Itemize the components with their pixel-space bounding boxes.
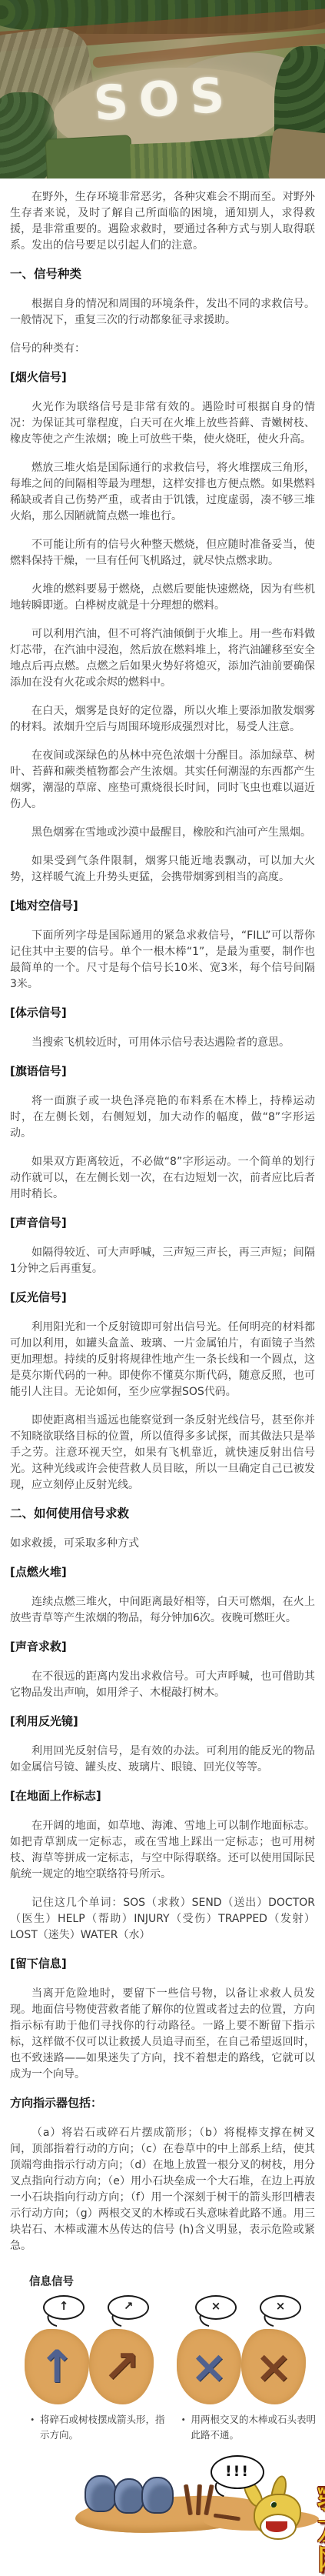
paragraph: 火堆的燃料要易于燃烧，点燃后要能快速燃烧，因为有些机地转瞬即逝。白桦树皮就是十分… — [10, 582, 315, 614]
paragraph: 当搜索飞机较近时，可用体示信号表达遇险者的意思。 — [10, 1035, 315, 1051]
stone-icon — [141, 2477, 174, 2514]
photo-crop-patch — [130, 142, 193, 179]
paragraph: 如果受到气条件限制，烟雾只能近地表飘动，可以加大火势，这样暖气流上升势头更猛，会… — [10, 853, 315, 886]
paragraph: 在野外，生存环境非常恶劣，各种灾难会不期而至。对野外生存者来说，及时了解自己所面… — [10, 189, 315, 254]
sos-ground-signal-text: SOS — [92, 66, 237, 132]
paragraph: 在夜间或深绿色的丛林中亮色浓烟十分醒目。添加绿草、树叶、苔藓和蕨类植物都会产生浓… — [10, 748, 315, 813]
paragraph: 如求救援，可采取多种方式 — [10, 1536, 315, 1552]
section-heading: [地对空信号] — [10, 898, 315, 914]
paragraph: 将一面旗子或一块色泽亮艳的布料系在木棒上，持棒运动时，在左侧长划，右侧短划，加大… — [10, 1093, 315, 1142]
section-heading: [留下信息] — [10, 1956, 315, 1972]
paragraph: 当离开危险地时，要留下一些信号物，以备让求救人员发现。地面信号物使营救者能了解你… — [10, 1986, 315, 2083]
paragraph: 利用阳光和一个反射镜即可射出信号光。任何明亮的材料都可加以利用，如罐头盒盖、玻璃… — [10, 1320, 315, 1400]
figure-title: 信息信号 — [29, 2273, 317, 2289]
speech-bubble: × — [260, 2295, 301, 2320]
danger-signal-scene: !!! 驴友网 www.wglburya.cn — [8, 2451, 317, 2557]
stones-glyph: × — [191, 2344, 228, 2389]
photo-crop-patch — [268, 128, 325, 179]
paragraph: 连续点燃三堆火，中间距离最好相等，白天可燃烟，在火上放些青草等产生浓烟的物品，每… — [10, 1594, 315, 1627]
section-heading: [体示信号] — [10, 1005, 315, 1021]
paragraph: 下面所列字母是国际通用的紧急求救信号，“FILL”可以帮你记住其中主要的信号。单… — [10, 928, 315, 993]
figure-captions: • 将碎石或树枝摆成箭头形，指示方向。 • 用两根交叉的木棒或石头表明此路不通。 — [31, 2412, 317, 2443]
section-heading: 一、信号种类 — [10, 266, 315, 282]
paragraph: 燃放三堆火焰是国际通行的求救信号，将火堆摆成三角形，每堆之间的间隔相等最为理想，… — [10, 460, 315, 525]
article-body: 在野外，生存环境非常恶劣，各种灾难会不期而至。对野外生存者来说，及时了解自己所面… — [0, 179, 325, 2254]
ground-patch: × — [241, 2329, 306, 2404]
paragraph: 在白天，烟雾是良好的定位器，所以火堆上要添加散发烟雾的材料。浓烟升空后与周围环境… — [10, 703, 315, 736]
stone-icon — [85, 2475, 117, 2512]
sticks-glyph: × — [255, 2344, 293, 2389]
photo-crop-patch — [45, 135, 133, 179]
caption-cross: • 用两根交叉的木棒或石头表明此路不通。 — [182, 2412, 318, 2443]
signal-illustration-row: ↑↑↗↗×××× — [25, 2295, 317, 2404]
bullet-icon: • — [182, 2412, 185, 2428]
section-heading: 二、如何使用信号求救 — [10, 1506, 315, 1522]
paragraph: 火光作为联络信号是非常有效的。遇险时可根据自身的情况：为保证其可靠程度，白天可在… — [10, 399, 315, 448]
paragraph: 在不很远的距离内发出求救信号。可大声呼喊，也可借助其它物品发出声响，如用斧子、木… — [10, 1669, 315, 1701]
ground-patch: ↗ — [89, 2329, 154, 2404]
paragraph: 即使距离相当遥远也能察觉到一条反射光线信号，甚至你并不知晓欲联络目标的位置，所以… — [10, 1413, 315, 1493]
donkey-tongue — [266, 2521, 287, 2532]
paragraph: 如隔得较近、可大声呼喊，三声短三声长，再三声短；间隔1分钟之后再重复。 — [10, 1245, 315, 1277]
section-heading: [烟火信号] — [10, 369, 315, 385]
watermark-url: www.wglburya.cn — [317, 2484, 325, 2497]
paragraph: 利用回光反射信号，是有效的办法。可利用的能反光的物品如金属信号镜、罐头皮、玻璃片… — [10, 1743, 315, 1776]
ground-patch: ↑ — [25, 2329, 89, 2404]
bullet-icon: • — [31, 2412, 34, 2428]
section-heading: [利用反光镜] — [10, 1713, 315, 1730]
section-heading: 方向指示器包括： — [10, 2095, 315, 2111]
speech-bubble: ↑ — [43, 2295, 85, 2320]
sticks-glyph: ↗ — [103, 2344, 141, 2389]
paragraph: 在开阔的地面，如草地、海滩、雪地上可以制作地面标志。如把青草割成一定标志，或在雪… — [10, 1818, 315, 1883]
ground-patch: × — [177, 2329, 241, 2404]
watermark-brand: 驴友网 — [317, 2484, 325, 2576]
stones-arrow-signal: ↑↑ — [25, 2295, 89, 2404]
paragraph: 黑色烟雾在雪地或沙漠中最醒目，橡胶和汽油可产生黑烟。 — [10, 825, 315, 841]
paragraph: 根据自身的情况和周围的环境条件，发出不同的求救信号。一般情况下，重复三次的行动都… — [10, 296, 315, 329]
section-heading: [在地面上作标志] — [10, 1788, 315, 1804]
section-heading: [点燃火堆] — [10, 1564, 315, 1580]
paragraph: 可以利用汽油，但不可将汽油倾倒于火堆上。用一些布料做灯芯带，在汽油中浸泡，然后放… — [10, 626, 315, 691]
section-heading: [反光信号] — [10, 1290, 315, 1306]
section-heading: [旗语信号] — [10, 1063, 315, 1079]
stone-icon — [114, 2478, 144, 2514]
caption-text: 将碎石或树枝摆成箭头形，指示方向。 — [40, 2414, 165, 2441]
stones-glyph: ↑ — [38, 2344, 76, 2389]
stones-cross-signal: ×× — [177, 2295, 241, 2404]
paragraph: 记住这几个单词：SOS（求救）SEND（送出）DOCTOR（医生）HELP（帮助… — [10, 1895, 315, 1944]
speech-bubble: ↗ — [108, 2295, 149, 2320]
paragraph: 如果双方距离较近，不必做“8”字形运动。一个简单的划行动作就可以，在左侧长划一次… — [10, 1154, 315, 1203]
paragraph: 不可能让所有的信号火种整天燃烧，但应随时准备妥当，使燃料保持干燥，一旦有任何飞机… — [10, 537, 315, 569]
sticks-arrow-signal: ↗↗ — [89, 2295, 154, 2404]
caption-arrow: • 将碎石或树枝摆成箭头形，指示方向。 — [31, 2412, 167, 2443]
section-heading: [声音求救] — [10, 1639, 315, 1655]
photo-crop-patch — [191, 135, 278, 179]
section-heading: [声音信号] — [10, 1215, 315, 1231]
speech-bubble: × — [195, 2295, 237, 2320]
caption-text: 用两根交叉的木棒或石头表明此路不通。 — [191, 2414, 317, 2441]
signal-figure: 信息信号 ↑↑↗↗×××× • 将碎石或树枝摆成箭头形，指示方向。 • 用两根交… — [0, 2267, 325, 2568]
aerial-sos-photo: SOS — [0, 0, 325, 179]
sticks-cross-signal: ×× — [241, 2295, 306, 2404]
exclamation-bubble: !!! — [211, 2455, 264, 2489]
paragraph: 信号的种类有： — [10, 341, 315, 357]
donkey-eye — [270, 2501, 277, 2508]
donkey-mascot-logo — [240, 2483, 313, 2554]
paragraph: （a）将岩石或碎石片摆成箭形；（b）将棍棒支撑在树叉间，顶部指着行动的方向；（c… — [10, 2125, 315, 2254]
